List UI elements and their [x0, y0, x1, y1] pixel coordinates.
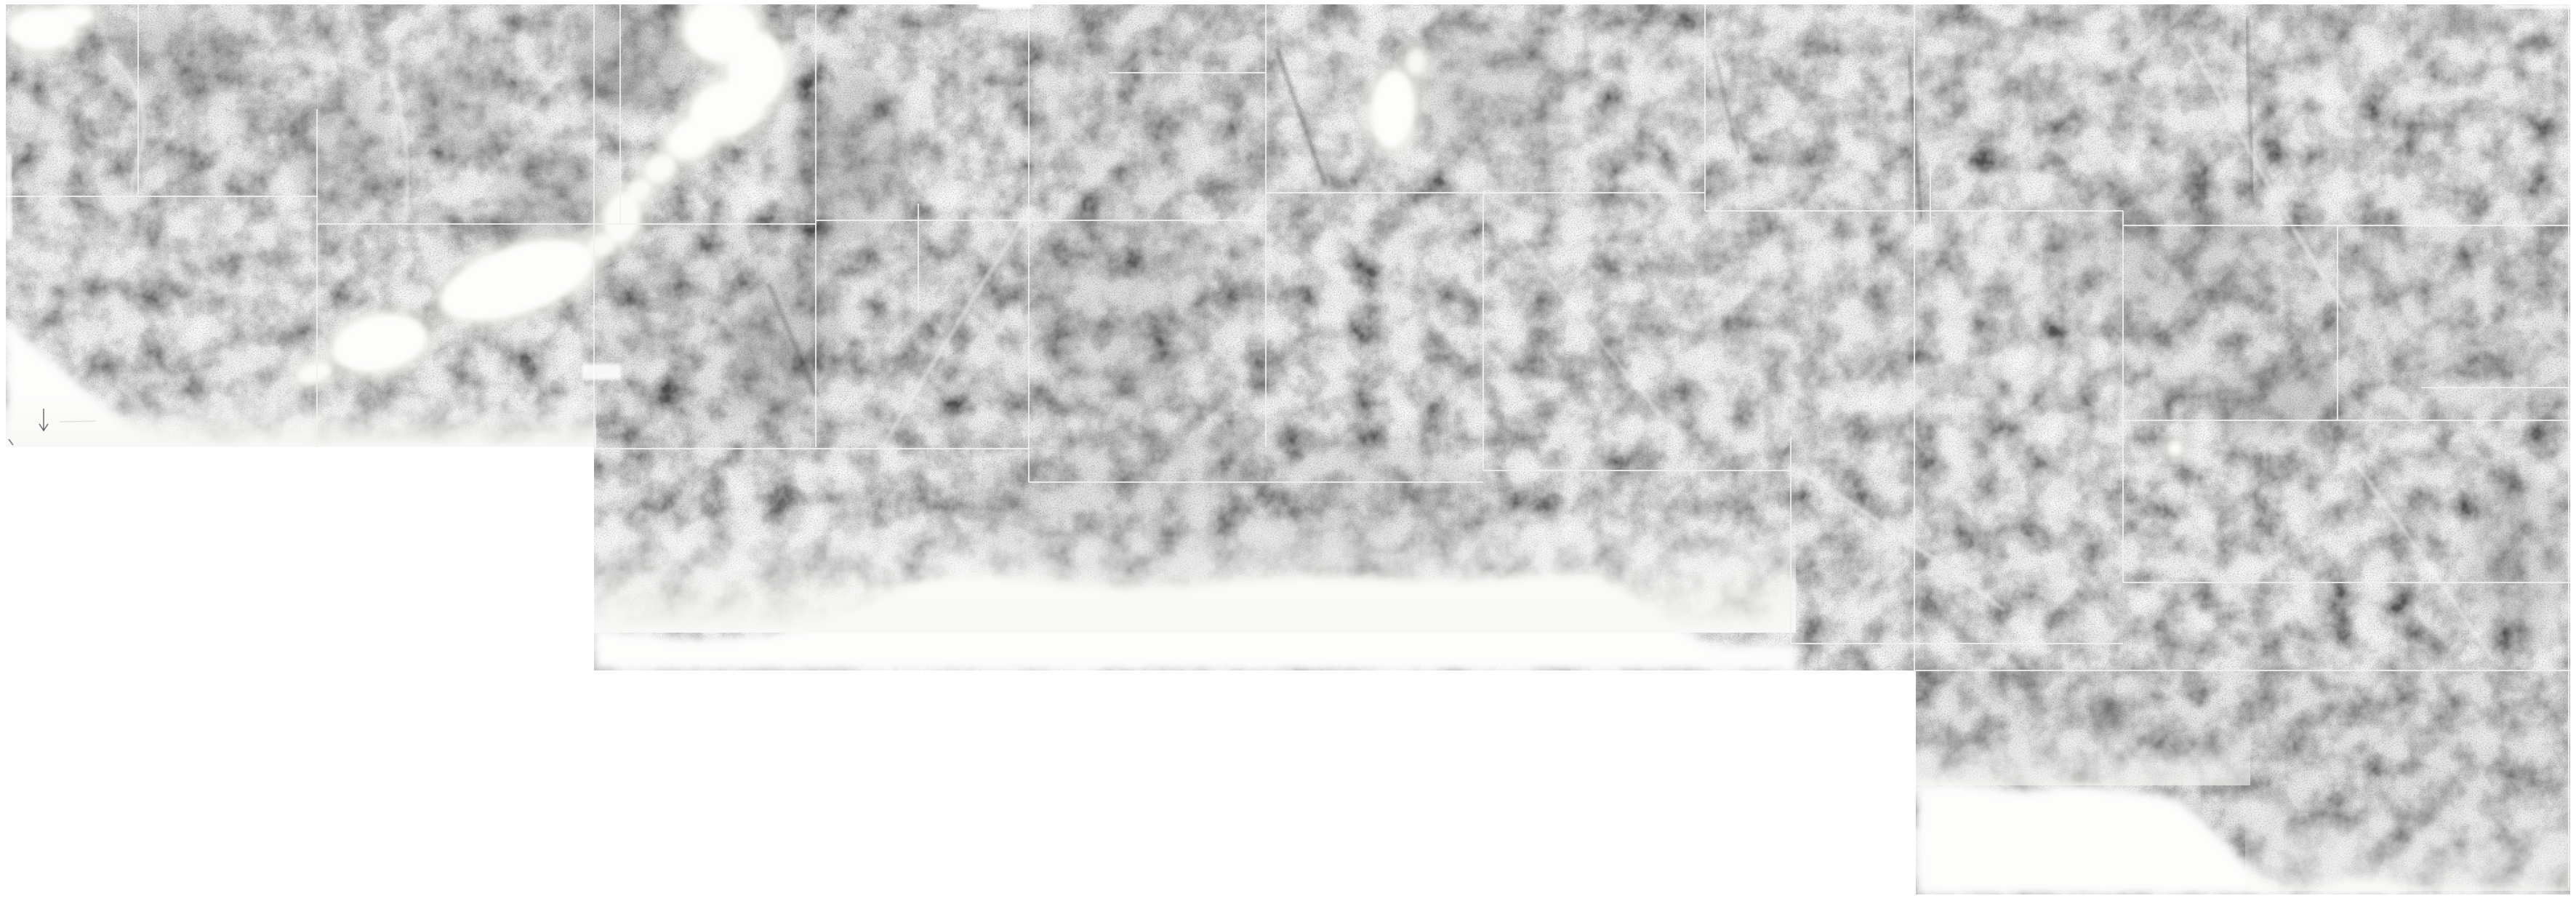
bottom-fade — [1916, 727, 2250, 785]
photomosaic-sheet — [0, 0, 2576, 901]
tile-tone-patch — [1029, 4, 1266, 195]
lake — [52, 6, 93, 26]
dark-terrain-patch — [1032, 189, 1207, 422]
paper-gap-notch — [2503, 4, 2575, 9]
bottom-fade — [594, 509, 1796, 633]
paper-gap-notch — [978, 0, 1032, 9]
dark-terrain-patch — [2058, 175, 2276, 313]
dark-terrain-patch — [292, 80, 391, 218]
bottom-fade — [6, 393, 596, 447]
paper-gap-notch — [6, 154, 12, 240]
dark-terrain-patch — [422, 44, 509, 160]
photomosaic-canvas — [0, 0, 2576, 901]
bottom-fade — [2245, 796, 2570, 891]
dark-terrain-patch — [2465, 465, 2567, 640]
dark-terrain-patch — [2421, 4, 2491, 36]
terrain-layer — [0, 0, 2576, 901]
lake — [2169, 442, 2182, 455]
paper-gap-notch — [582, 364, 621, 380]
